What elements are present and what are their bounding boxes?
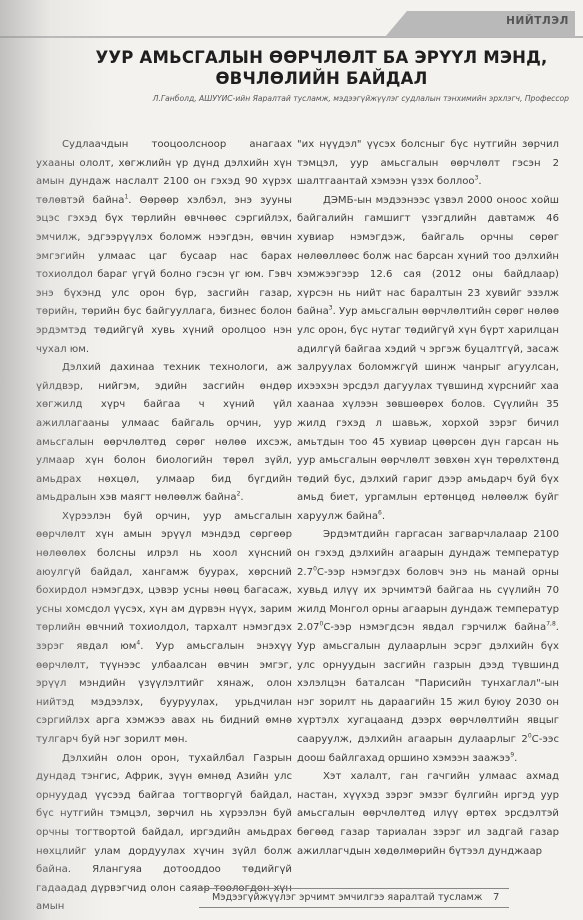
article-title-line-1: УУР АМЬСГАЛЫН ӨӨРЧЛӨЛТ БА ЭРҮҮЛ МЭНД, — [0, 47, 583, 68]
paragraph-text: . Өөрөөр хэлбэл, энэ зууны эцэс гэхэд бү… — [36, 195, 292, 355]
paragraph-text: . — [478, 176, 481, 187]
paragraph: "их нүүдэл" үүсэх болсныг бүс нутгийн зө… — [297, 136, 559, 192]
page-number: 7 — [493, 892, 499, 903]
footer-rule — [199, 888, 509, 889]
paragraph-text: С-ээр нэмэгдсэн явдал гэрчилж байна — [323, 622, 546, 633]
paragraph: ДЭМБ-ын мэдээнээс үзвэл 2000 оноос хойш … — [297, 192, 559, 527]
footnote-ref: 7,8 — [546, 621, 556, 628]
paragraph-text: Хэт халалт, ган гачгийн улмаас ахмад нас… — [297, 771, 559, 856]
paragraph-text: . — [240, 492, 243, 503]
left-column: Судлаачдын тооцоолсноор анагаах ухааны о… — [36, 136, 292, 917]
footer-rule — [199, 907, 509, 908]
paragraph-text: . Уур амьсгалын дулаарлын эсрэг дэлхийн … — [297, 622, 559, 745]
section-label: НИЙТЛЭЛ — [506, 15, 569, 27]
paragraph-text: "их нүүдэл" үүсэх болсныг бүс нутгийн зө… — [297, 139, 559, 187]
article-title-line-2: ӨВЧЛӨЛИЙН БАЙДАЛ — [0, 68, 583, 89]
paragraph: Эрдэмтдийн гаргасан загварчлалаар 2100 о… — [297, 526, 559, 768]
paragraph-text: . — [514, 753, 517, 764]
paragraph-text: Дэлхий дахинаа техник технологи, аж үйлд… — [36, 362, 292, 503]
journal-title: Мэдээгүйжүүлэг эрчимт эмчилгээ яаралтай … — [212, 892, 482, 903]
paragraph-text: . — [382, 511, 385, 522]
paragraph-text: . Уур амьсгалын өөрчлөлтийн сөрөг нөлөө … — [297, 306, 559, 522]
article-title: УУР АМЬСГАЛЫН ӨӨРЧЛӨЛТ БА ЭРҮҮЛ МЭНД, ӨВ… — [0, 47, 583, 89]
paragraph: Дэлхий дахинаа техник технологи, аж үйлд… — [36, 359, 292, 508]
right-column: "их нүүдэл" үүсэх болсныг бүс нутгийн зө… — [297, 136, 559, 861]
article-byline: Л.Ганболд, АШУҮИС-ийн Яаралтай тусламж, … — [153, 94, 569, 103]
paragraph: Хүрээлэн буй орчин, уур амьсгалын өөрчлө… — [36, 508, 292, 750]
paragraph-text: . Уур амьсгалын энэхүү өөрчлөлт, түүнээс… — [36, 641, 292, 745]
paragraph: Хэт халалт, ган гачгийн улмаас ахмад нас… — [297, 768, 559, 861]
paragraph-text: ДЭМБ-ын мэдээнээс үзвэл 2000 оноос хойш … — [297, 195, 559, 318]
paragraph: Судлаачдын тооцоолсноор анагаах ухааны о… — [36, 136, 292, 359]
paragraph-text: Хүрээлэн буй орчин, уур амьсгалын өөрчлө… — [36, 511, 292, 652]
